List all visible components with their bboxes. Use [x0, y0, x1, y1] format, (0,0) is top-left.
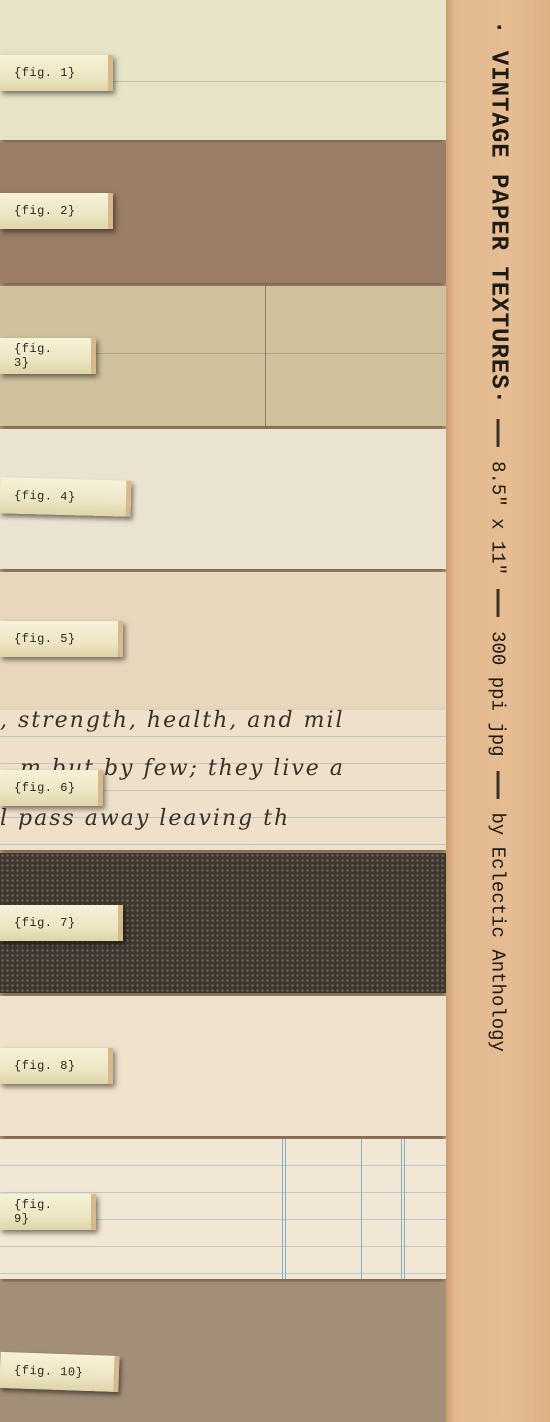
fig-label-5: {fig. 5}	[0, 621, 123, 657]
texture-strip-8: {fig. 8}	[0, 996, 446, 1136]
credit: by Eclectic Anthology	[487, 813, 509, 1052]
title-sidebar: · VINTAGE PAPER TEXTURES· 8.5" x 11" 300…	[446, 0, 550, 1422]
fig-label-6: {fig. 6}	[0, 770, 103, 806]
handwriting-line-3: l pass away leaving th	[0, 806, 290, 831]
fig-label-10: {fig. 10}	[0, 1352, 120, 1392]
vertical-title-block: · VINTAGE PAPER TEXTURES· 8.5" x 11" 300…	[485, 20, 512, 1052]
separator	[497, 419, 500, 447]
fig-label-9: {fig. 9}	[0, 1194, 96, 1230]
texture-strip-9: {fig. 9}	[0, 1139, 446, 1279]
texture-strip-7: {fig. 7}	[0, 853, 446, 993]
texture-strip-4: {fig. 4}	[0, 429, 446, 569]
fig-label-7: {fig. 7}	[0, 905, 123, 941]
fig-label-3: {fig. 3}	[0, 338, 96, 374]
texture-stack: {fig. 1} {fig. 2} {fig. 3} {fig. 4} {fig…	[0, 0, 446, 1422]
texture-strip-1: {fig. 1}	[0, 0, 446, 140]
size-spec: 8.5" x 11"	[487, 461, 509, 575]
fig-label-1: {fig. 1}	[0, 55, 113, 91]
texture-strip-2: {fig. 2}	[0, 143, 446, 283]
fig-label-4: {fig. 4}	[0, 477, 131, 516]
texture-strip-5: {fig. 5}	[0, 572, 446, 712]
texture-strip-6: , strength, health, and mil m but by few…	[0, 710, 446, 850]
page-title: · VINTAGE PAPER TEXTURES·	[485, 20, 512, 405]
fig-label-8: {fig. 8}	[0, 1048, 113, 1084]
texture-strip-10: {fig. 10}	[0, 1282, 446, 1422]
fig-label-2: {fig. 2}	[0, 193, 113, 229]
separator	[497, 771, 500, 799]
separator	[497, 589, 500, 617]
texture-strip-3: {fig. 3}	[0, 286, 446, 426]
handwriting-line-1: , strength, health, and mil	[0, 708, 345, 733]
resolution-spec: 300 ppi jpg	[487, 631, 509, 756]
